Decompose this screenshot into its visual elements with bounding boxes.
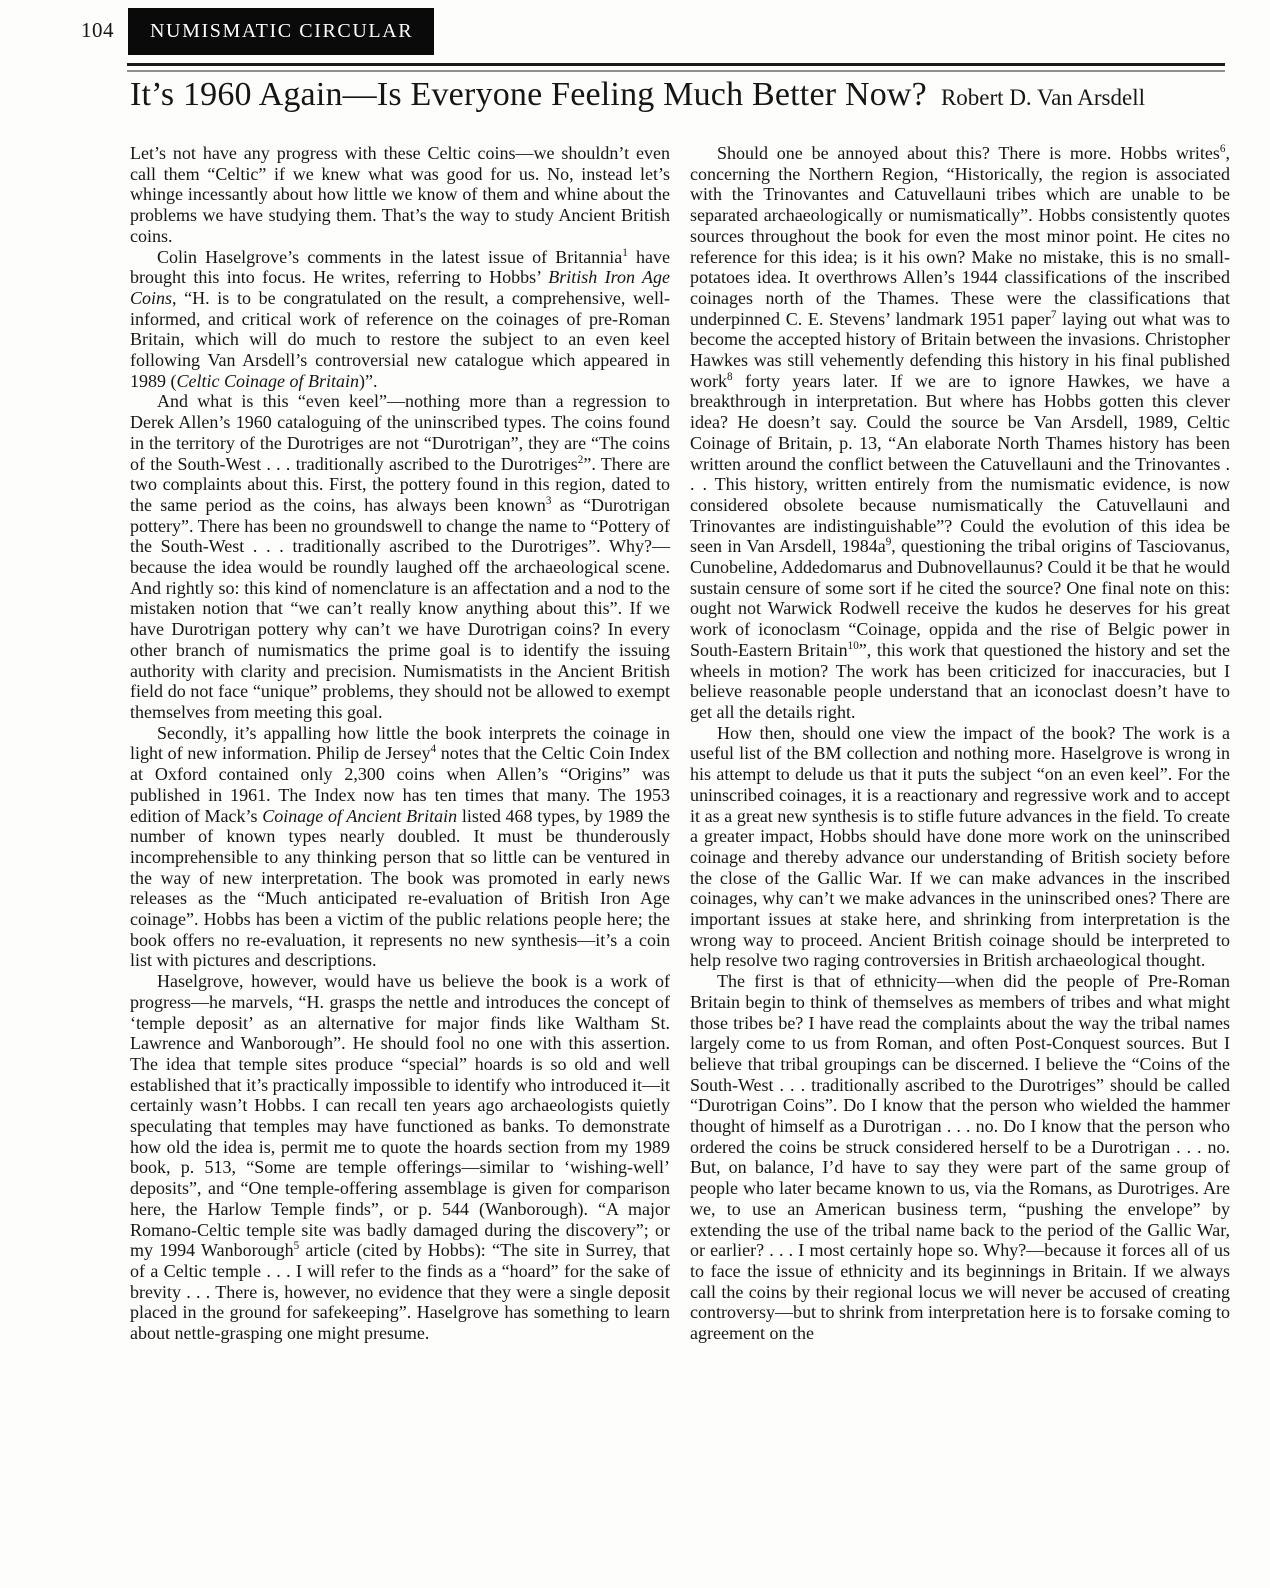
- header-rule: [127, 63, 1225, 72]
- article-byline: Robert D. Van Arsdell: [941, 85, 1145, 111]
- text-segment: forty years later. If we are to ignore H…: [690, 371, 1230, 557]
- paragraph: Should one be annoyed about this? There …: [690, 143, 1230, 723]
- text-segment: )”.: [359, 371, 377, 391]
- masthead-title: NUMISMATIC CIRCULAR: [150, 20, 413, 43]
- text-segment: Should one be annoyed about this? There …: [717, 143, 1220, 163]
- paragraph: Secondly, it’s appalling how little the …: [130, 723, 670, 971]
- paragraph: Let’s not have any progress with these C…: [130, 143, 670, 247]
- text-segment: Coinage of Ancient Britain: [262, 806, 457, 826]
- text-segment: The first is that of ethnicity—when did …: [690, 971, 1230, 1343]
- masthead-banner: NUMISMATIC CIRCULAR: [128, 8, 434, 55]
- journal-page: 104 NUMISMATIC CIRCULAR It’s 1960 Again—…: [0, 0, 1270, 1588]
- paragraph: And what is this “even keel”—nothing mor…: [130, 391, 670, 722]
- text-segment: Let’s not have any progress with these C…: [130, 143, 670, 246]
- article-body: Let’s not have any progress with these C…: [130, 143, 1230, 1344]
- text-segment: as “Durotrigan pottery”. There has been …: [130, 495, 670, 722]
- text-segment: How then, should one view the impact of …: [690, 723, 1230, 971]
- text-segment: Colin Haselgrove’s comments in the lates…: [157, 247, 622, 267]
- text-segment: Haselgrove, however, would have us belie…: [130, 971, 670, 1260]
- article-column-left: Let’s not have any progress with these C…: [130, 143, 670, 1344]
- paragraph: Colin Haselgrove’s comments in the lates…: [130, 247, 670, 392]
- header-rule-bottom: [127, 70, 1225, 72]
- paragraph: The first is that of ethnicity—when did …: [690, 971, 1230, 1344]
- article-title: It’s 1960 Again—Is Everyone Feeling Much…: [130, 76, 927, 114]
- text-segment: Celtic Coinage of Britain: [177, 371, 360, 391]
- footnote-marker: 10: [848, 640, 859, 652]
- paragraph: How then, should one view the impact of …: [690, 723, 1230, 971]
- article-column-right: Should one be annoyed about this? There …: [690, 143, 1230, 1344]
- article-header: It’s 1960 Again—Is Everyone Feeling Much…: [130, 76, 1230, 114]
- page-number: 104: [81, 18, 114, 43]
- paragraph: Haselgrove, however, would have us belie…: [130, 971, 670, 1344]
- text-segment: , concerning the Northern Region, “Histo…: [690, 143, 1230, 329]
- text-segment: listed 468 types, by 1989 the number of …: [130, 806, 670, 971]
